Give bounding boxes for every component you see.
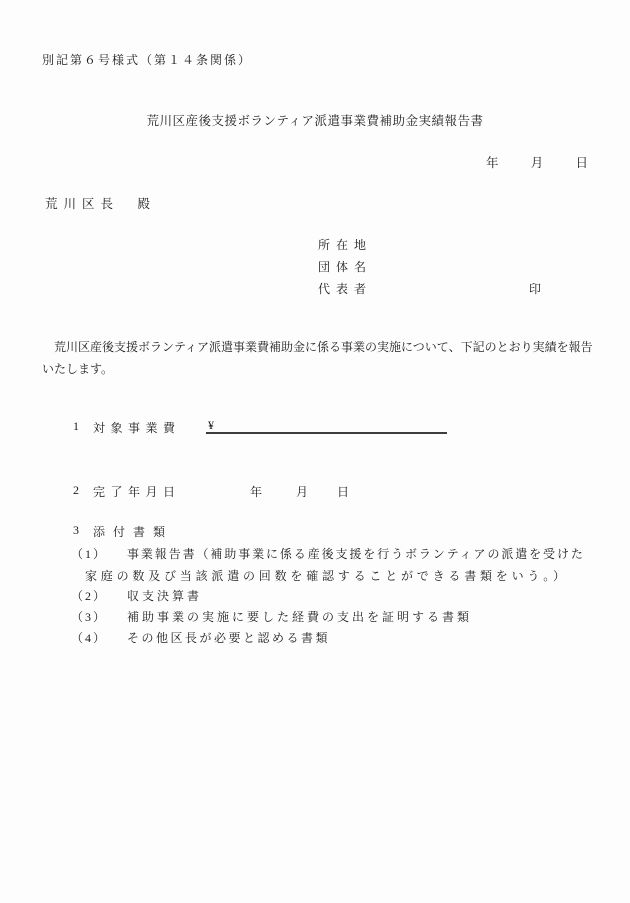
document-page: 別記第６号様式（第１４条関係） 荒川区産後支援ボランティア派遣事業費補助金実績報…	[0, 0, 630, 903]
item-2-row: 2 完了年月日 年 月 日	[0, 483, 630, 503]
year-label: 年	[486, 153, 499, 171]
attachment-1-number: （1）	[71, 545, 127, 562]
item-2-number: 2	[73, 483, 79, 498]
amount-blank-line: ¥	[206, 418, 447, 434]
attachment-3-number: （3）	[71, 608, 127, 625]
completion-month-label: 月	[296, 483, 308, 500]
item-3-label: 添付書類	[93, 523, 173, 540]
attachment-4-text: その他区長が必要と認める書類	[127, 631, 330, 645]
attachment-1-text-line-2: 家庭の数及び当該派遣の回数を確認することができる書類をいう。）	[85, 567, 569, 584]
address-label: 所在地	[318, 236, 372, 253]
organization-label: 団体名	[318, 258, 372, 275]
month-label: 月	[531, 153, 544, 171]
item-3-row: 3 添付書類	[0, 523, 630, 543]
item-1-number: 1	[73, 419, 79, 434]
addressee: 荒川区長 殿	[45, 194, 156, 212]
day-label: 日	[575, 153, 588, 171]
attachment-item-1: （1）事業報告書（補助事業に係る産後支援を行うボランティアの派遣を受けた	[71, 545, 585, 562]
attachment-2-number: （2）	[71, 587, 127, 604]
attachment-item-4: （4）その他区長が必要と認める書類	[71, 629, 330, 646]
yen-symbol: ¥	[206, 418, 214, 432]
item-1-label: 対象事業費	[93, 419, 181, 436]
attachment-4-number: （4）	[71, 629, 127, 646]
completion-day-label: 日	[337, 483, 349, 500]
representative-label: 代表者	[318, 280, 372, 297]
form-number: 別記第６号様式（第１４条関係）	[42, 51, 252, 68]
attachment-item-3: （3）補助事業の実施に要した経費の支出を証明する書類	[71, 608, 472, 625]
completion-year-label: 年	[250, 483, 262, 500]
date-line: 年 月 日	[486, 153, 588, 171]
attachment-3-text: 補助事業の実施に要した経費の支出を証明する書類	[127, 610, 472, 624]
paragraph-line-2: いたします。	[42, 358, 594, 380]
attachment-2-text: 収支決算書	[127, 589, 202, 603]
attachment-1-text: 事業報告書（補助事業に係る産後支援を行うボランティアの派遣を受けた	[127, 547, 585, 561]
paragraph-line-1: 荒川区産後支援ボランティア派遣事業費補助金に係る事業の実施について、下記のとおり…	[42, 336, 594, 358]
seal-mark: 印	[529, 280, 541, 297]
document-title: 荒川区産後支援ボランティア派遣事業費補助金実績報告書	[0, 111, 630, 129]
item-2-label: 完了年月日	[93, 483, 181, 500]
item-1-row: 1 対象事業費 ¥	[0, 419, 630, 439]
attachment-item-2: （2）収支決算書	[71, 587, 202, 604]
body-paragraph: 荒川区産後支援ボランティア派遣事業費補助金に係る事業の実施について、下記のとおり…	[42, 336, 594, 380]
item-3-number: 3	[73, 523, 79, 538]
